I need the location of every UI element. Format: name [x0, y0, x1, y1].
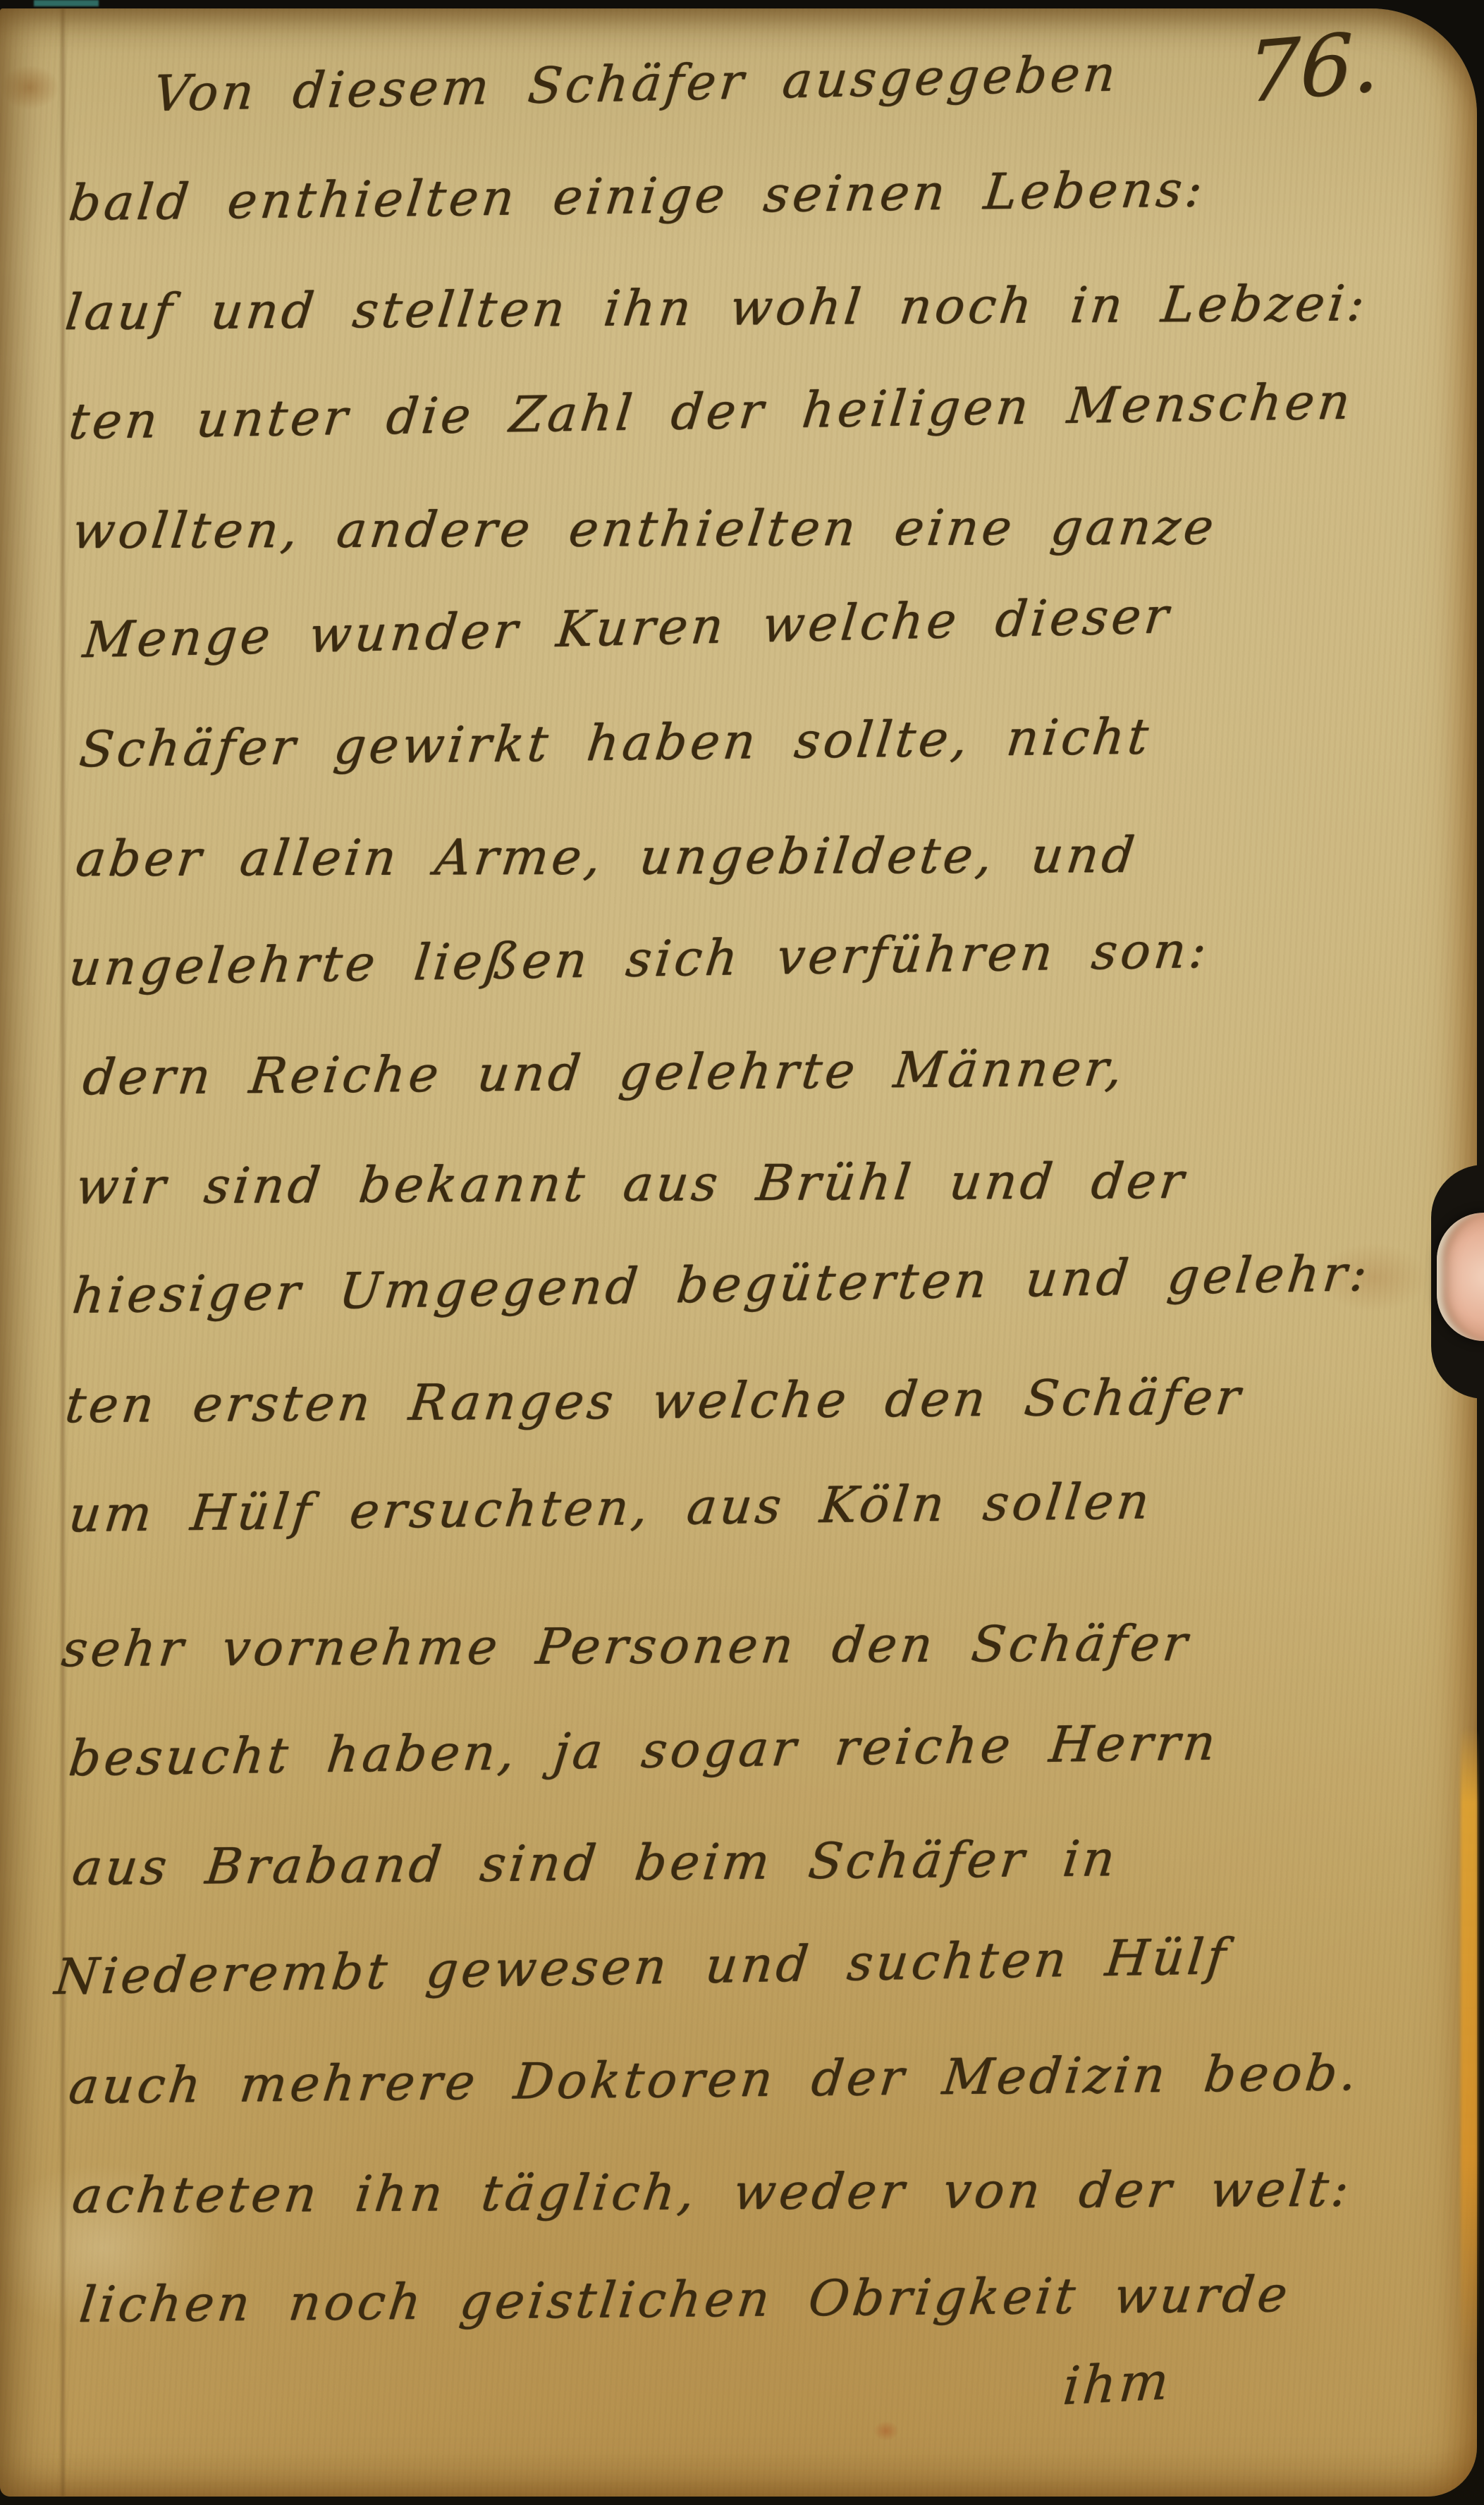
text-line: auch mehrere Doktoren der Medizin beob.	[63, 2019, 1453, 2143]
catchword: ihm	[1060, 2351, 1174, 2418]
text-line: dern Reiche und gelehrte Männer,	[77, 1012, 1454, 1134]
text-line: ten ersten Ranges welche den Schäfer	[59, 1342, 1454, 1462]
text-line: besucht haben, ja sogar reiche Herrn	[63, 1686, 1454, 1815]
text-line: um Hülf ersuchten, aus Köln sollen	[63, 1445, 1453, 1571]
text-line: lichen noch geistlichen Obrigkeit wurde	[73, 2240, 1454, 2361]
text-line: bald enthielten einige seinen Lebens:	[63, 133, 1453, 259]
text-line: sehr vornehme Personen den Schäfer	[56, 1589, 1454, 1705]
text-line: hiesiger Umgegend begüterten und gelehr:	[67, 1219, 1453, 1352]
text-line: ten unter die Zahl der heiligen Menschen	[63, 347, 1453, 478]
text-line: ungelehrte ließen sich verführen son:	[63, 893, 1453, 1024]
manuscript-text: Von diesem Schäfer ausgegebenbald enthie…	[55, 41, 1447, 2361]
book-edge-fragment	[34, 0, 99, 6]
manuscript-page: Von diesem Schäfer ausgegebenbald enthie…	[0, 8, 1477, 2497]
page-edge-highlight	[1461, 1727, 1478, 2362]
text-line: achteten ihn täglich, weder von der welt…	[66, 2136, 1454, 2252]
text-line: Schäfer gewirkt haben sollte, nicht	[73, 680, 1453, 806]
photo-background: Von diesem Schäfer ausgegebenbald enthie…	[0, 0, 1484, 2505]
page-number: 76.	[1246, 12, 1380, 121]
